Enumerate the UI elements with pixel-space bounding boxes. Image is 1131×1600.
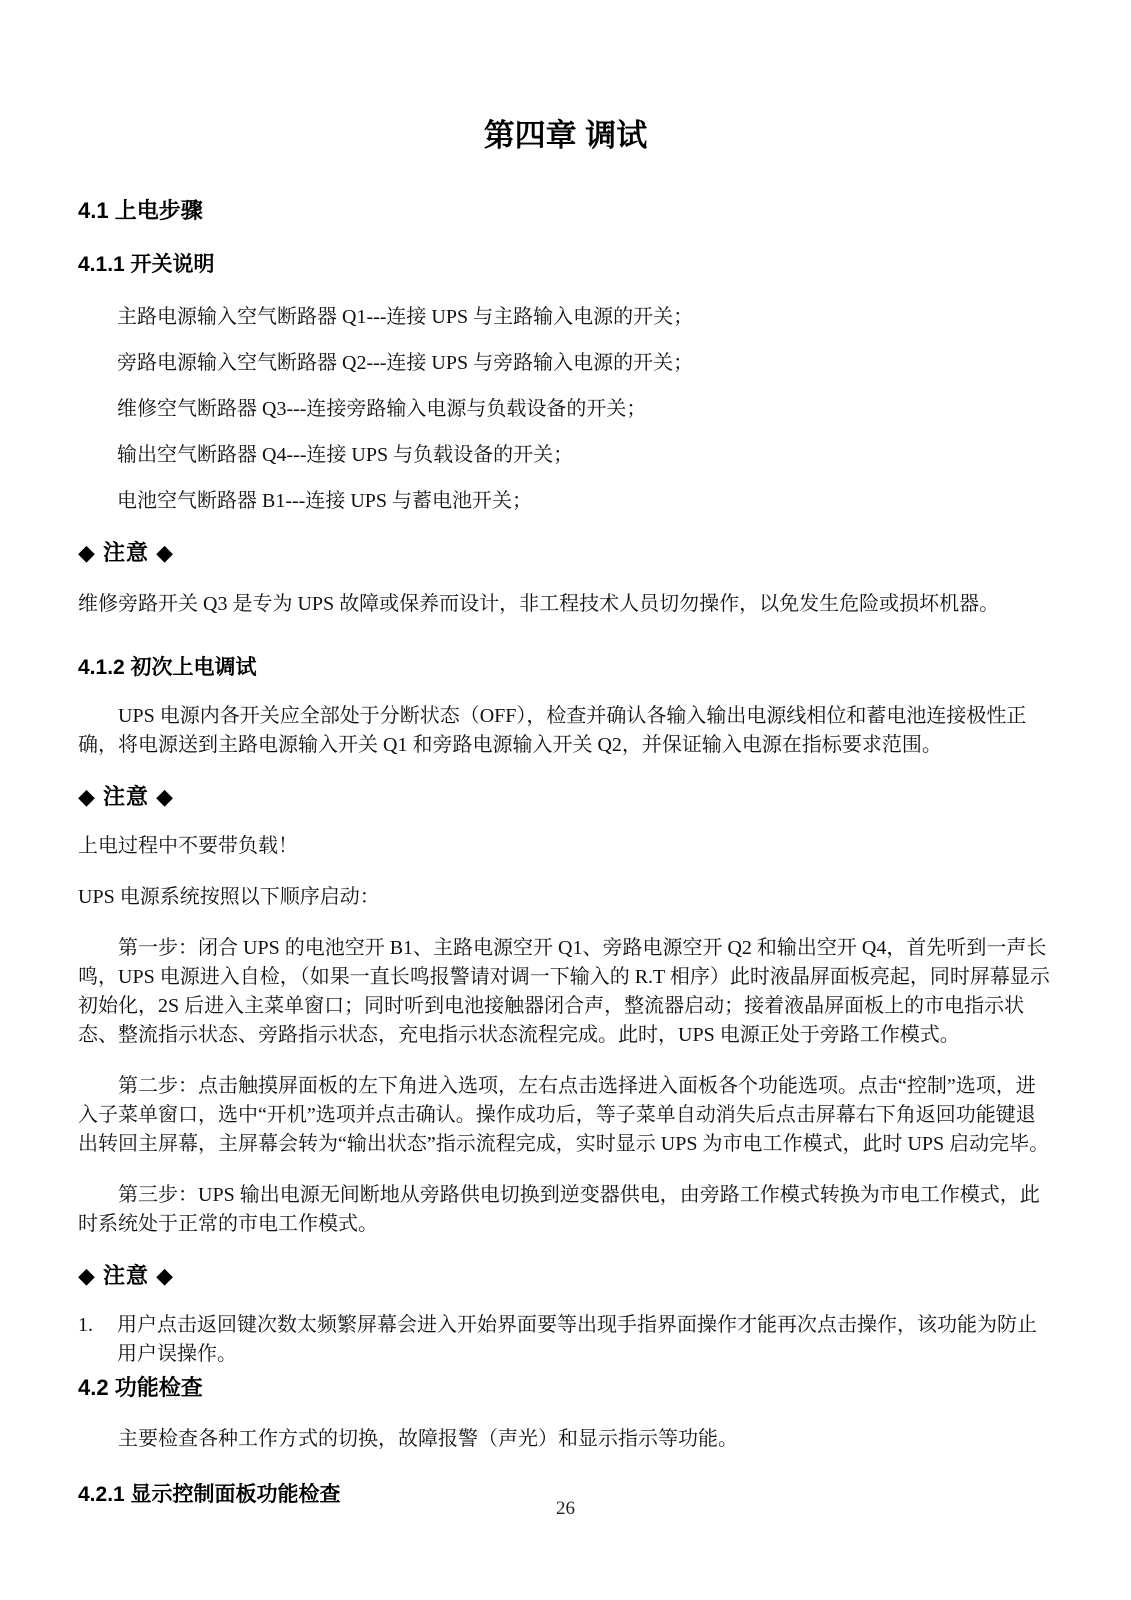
switch-item-q1: 主路电源输入空气断路器 Q1---连接 UPS 与主路输入电源的开关； bbox=[78, 303, 1053, 332]
startup-sequence-intro: UPS 电源系统按照以下顺序启动： bbox=[78, 883, 1053, 912]
numbered-item-text: 用户点击返回键次数太频繁屏幕会进入开始界面要等出现手指界面操作才能再次点击操作，… bbox=[117, 1314, 1037, 1365]
step-3-paragraph: 第三步：UPS 输出电源无间断地从旁路供电切换到逆变器供电，由旁路工作模式转换为… bbox=[78, 1181, 1053, 1239]
section-4-1-2-heading: 4.1.2 初次上电调试 bbox=[78, 655, 1053, 680]
initial-power-on-paragraph: UPS 电源内各开关应全部处于分断状态（OFF），检查并确认各输入输出电源线相位… bbox=[78, 702, 1053, 760]
notice-2-body: 上电过程中不要带负载！ bbox=[78, 832, 1053, 861]
notice-3-numbered-item: 1. 用户点击返回键次数太频繁屏幕会进入开始界面要等出现手指界面操作才能再次点击… bbox=[78, 1311, 1053, 1369]
section-4-2-heading: 4.2 功能检查 bbox=[78, 1375, 1053, 1401]
switch-item-q3: 维修空气断路器 Q3---连接旁路输入电源与负载设备的开关； bbox=[78, 395, 1053, 424]
switch-item-b1: 电池空气断路器 B1---连接 UPS 与蓄电池开关； bbox=[78, 487, 1053, 516]
page-number: 26 bbox=[0, 1494, 1131, 1523]
step-1-paragraph: 第一步：闭合 UPS 的电池空开 B1、主路电源空开 Q1、旁路电源空开 Q2 … bbox=[78, 934, 1053, 1050]
document-page: 第四章 调试 4.1 上电步骤 4.1.1 开关说明 主路电源输入空气断路器 Q… bbox=[0, 0, 1131, 1600]
notice-2-label: ◆ 注意 ◆ bbox=[78, 784, 1053, 810]
switch-item-q4: 输出空气断路器 Q4---连接 UPS 与负载设备的开关； bbox=[78, 441, 1053, 470]
function-check-paragraph: 主要检查各种工作方式的切换，故障报警（声光）和显示指示等功能。 bbox=[78, 1425, 1053, 1454]
numbered-item-marker: 1. bbox=[78, 1311, 93, 1340]
notice-1-label: ◆ 注意 ◆ bbox=[78, 540, 1053, 566]
chapter-title: 第四章 调试 bbox=[78, 118, 1053, 154]
section-4-1-1-heading: 4.1.1 开关说明 bbox=[78, 252, 1053, 277]
section-4-1-heading: 4.1 上电步骤 bbox=[78, 198, 1053, 224]
switch-description-list: 主路电源输入空气断路器 Q1---连接 UPS 与主路输入电源的开关； 旁路电源… bbox=[78, 303, 1053, 516]
switch-item-q2: 旁路电源输入空气断路器 Q2---连接 UPS 与旁路输入电源的开关； bbox=[78, 349, 1053, 378]
notice-1-body: 维修旁路开关 Q3 是专为 UPS 故障或保养而设计，非工程技术人员切勿操作，以… bbox=[78, 590, 1053, 619]
notice-3-label: ◆ 注意 ◆ bbox=[78, 1263, 1053, 1289]
step-2-paragraph: 第二步：点击触摸屏面板的左下角进入选项，左右点击选择进入面板各个功能选项。点击“… bbox=[78, 1072, 1053, 1159]
